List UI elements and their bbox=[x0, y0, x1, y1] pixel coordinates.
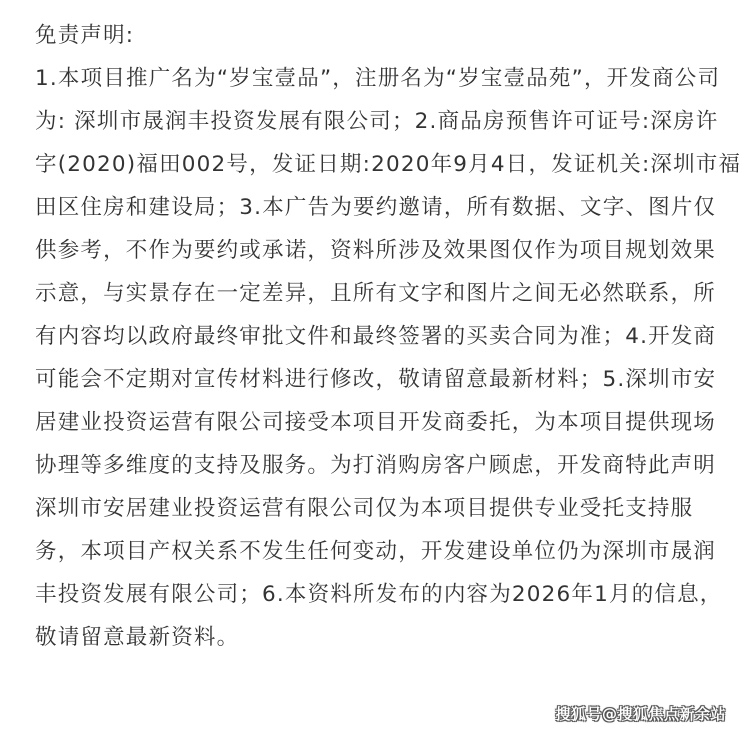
source-watermark: 搜狐号@搜狐焦点新余站 bbox=[555, 703, 726, 724]
disclaimer-document: 免责声明: 1.本项目推广名为“岁宝壹品”，注册名为“岁宝壹品苑”，开发商公司 … bbox=[35, 14, 715, 659]
disclaimer-line-1: 1.本项目推广名为“岁宝壹品”，注册名为“岁宝壹品苑”，开发商公司 bbox=[35, 57, 715, 100]
disclaimer-line-12: 务，本项目产权关系不发生任何变动，开发建设单位仍为深圳市晟润 bbox=[35, 530, 715, 573]
disclaimer-line-6: 示意，与实景存在一定差异，且所有文字和图片之间无必然联系，所 bbox=[35, 272, 715, 315]
disclaimer-line-14: 敬请留意最新资料。 bbox=[35, 616, 715, 659]
disclaimer-line-9: 居建业投资运营有限公司接受本项目开发商委托，为本项目提供现场 bbox=[35, 401, 715, 444]
disclaimer-line-11: 深圳市安居建业投资运营有限公司仅为本项目提供专业受托支持服 bbox=[35, 487, 715, 530]
disclaimer-line-5: 供参考，不作为要约或承诺，资料所涉及效果图仅作为项目规划效果 bbox=[35, 229, 715, 272]
disclaimer-line-3: 字(2020)福田002号，发证日期:2020年9月4日，发证机关:深圳市福 bbox=[35, 143, 715, 186]
disclaimer-line-10: 协理等多维度的支持及服务。为打消购房客户顾虑，开发商特此声明 bbox=[35, 444, 715, 487]
disclaimer-line-4: 田区住房和建设局；3.本广告为要约邀请，所有数据、文字、图片仅 bbox=[35, 186, 715, 229]
disclaimer-title: 免责声明: bbox=[35, 14, 715, 57]
disclaimer-line-13: 丰投资发展有限公司；6.本资料所发布的内容为2026年1月的信息， bbox=[35, 573, 715, 616]
disclaimer-line-7: 有内容均以政府最终审批文件和最终签署的买卖合同为准；4.开发商 bbox=[35, 315, 715, 358]
disclaimer-line-8: 可能会不定期对宣传材料进行修改，敬请留意最新材料；5.深圳市安 bbox=[35, 358, 715, 401]
disclaimer-line-2: 为: 深圳市晟润丰投资发展有限公司；2.商品房预售许可证号:深房许 bbox=[35, 100, 715, 143]
